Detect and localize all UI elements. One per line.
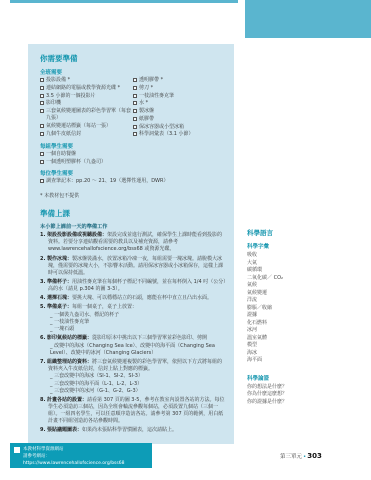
- step-number: 1.: [40, 232, 45, 238]
- checklist-item: 科學詞彙表（3.1 小節）: [133, 131, 226, 138]
- prep-step: 7. 組織整理站的資料：將三套氣候變遷複製的彩色學習單，依照以下方式將每組的資料…: [40, 359, 226, 395]
- vocab-term: 吸收: [247, 252, 361, 260]
- checklist-item: 保冰容器或小型冰箱: [133, 124, 226, 131]
- vocab-heading: 科學字彙: [247, 242, 361, 250]
- checklist-item: 氣候變遷站標籤（每站一張）: [40, 123, 133, 130]
- prep-step: 9. 張貼議題圖表：如果尚未張貼科學習慣圖表，這次請貼上。: [40, 427, 226, 434]
- footer-publisher-box: 本教材科學資源網站 請參考網站：https://www.lawrencehall…: [10, 443, 152, 468]
- step-number: 3.: [40, 279, 45, 285]
- vocab-term: 化石燃料: [247, 320, 361, 328]
- step-text: 製冰盤裝滿水，放置冰箱冷凍一夜，每組需要一塊冰塊。請脫模大冰塊，僅需要的冰塊大小…: [48, 256, 223, 276]
- page-number: 303: [307, 452, 322, 460]
- step-lead-in: 準備桌子：: [47, 304, 72, 310]
- checklist-item: 透明膠帶 *: [133, 77, 226, 84]
- step-subitem: _ 一枝油性麥克筆: [50, 319, 226, 326]
- step-lead-in: 計畫各站的設置：: [47, 397, 87, 403]
- getting-ready-title: 準備上課: [40, 208, 226, 219]
- checklist-item: 投影設備 *: [40, 77, 133, 84]
- inquiry-question: 你為什麼這麼想？: [247, 391, 361, 399]
- class-needs-col1: 投影設備 * 連結網路的電腦或教學資源光碟 * 3.5 小節的一個投影片 影印機: [40, 77, 133, 139]
- checklist-item-label: 調查筆記本：pp.20 ～ 21、19（選擇性運用，DWR）: [46, 178, 168, 185]
- checkbox-icon: [133, 78, 137, 82]
- checklist-item-label: 一個自助餐盤: [46, 151, 76, 158]
- class-needs-columns: 投影設備 * 連結網路的電腦或教學資源光碟 * 3.5 小節的一個投影片 影印機: [40, 77, 226, 139]
- prep-step: 8. 計畫各站的設置：請看第 307 頁的圖 3-5，參考在教室內設置各站的方法…: [40, 397, 226, 425]
- footer-line1: 本教材科學資源網站: [23, 446, 148, 453]
- step-text: 從影印原本中挑出以下三個學習單並彩色影印、剪開: [92, 335, 207, 341]
- vocab-term: 氣候變遷: [247, 290, 361, 298]
- vocab-term: 海冰: [247, 350, 361, 358]
- checkbox-icon: [40, 132, 44, 136]
- checklist-item-label: 紙膠帶: [139, 116, 154, 123]
- vocab-term: 大氣: [247, 260, 361, 268]
- checkbox-icon: [40, 109, 44, 113]
- inquiry-questions: 你的想法是什麼？ 你為什麼這麼想？ 你的證據是什麼？: [247, 384, 361, 407]
- inquiry-block: 科學論證 你的想法是什麼？ 你為什麼這麼想？ 你的證據是什麼？: [247, 374, 361, 407]
- prep-step: 2. 製作冰塊：製冰盤裝滿水，放置冰箱冷凍一夜，每組需要一塊冰塊。請脫模大冰塊，…: [40, 256, 226, 277]
- checkbox-icon: [133, 94, 137, 98]
- checklist-item: 調查筆記本：pp.20 ～ 21、19（選擇性運用，DWR）: [40, 178, 226, 185]
- student-needs-list: 調查筆記本：pp.20 ～ 21、19（選擇性運用，DWR）: [40, 178, 226, 185]
- footer-line2: 請參考網站：https://www.lawrencehallofscience.…: [23, 453, 148, 467]
- getting-ready-intro: 本小節上課前一天的準備工作: [40, 223, 226, 230]
- checkbox-icon: [40, 124, 44, 128]
- step-lead-in: 選擇石塊：: [47, 295, 72, 301]
- checkbox-icon: [40, 152, 44, 156]
- class-needs-col2: 透明膠帶 * 剪刀 * 一枝油性麥克筆 水 *: [133, 77, 226, 139]
- step-subitem: _ 三套改變中的海平面（L-1、L-2、L-3）: [50, 381, 226, 388]
- step-lead-in: 準備杯子：: [47, 279, 72, 285]
- inquiry-question: 你的證據是什麼？: [247, 399, 361, 407]
- checklist-item-label: 水 *: [139, 100, 148, 107]
- inquiry-question: 你的想法是什麼？: [247, 384, 361, 392]
- step-subitem: _ 一塊石頭: [50, 326, 226, 333]
- unit-label: 第三單元: [280, 454, 302, 460]
- step-number: 5.: [40, 304, 45, 310]
- checkbox-icon: [40, 86, 44, 90]
- vocab-term: 碳循環: [247, 267, 361, 275]
- step-lead-in: 架設投影設備或視聽設備：: [47, 232, 107, 238]
- getting-ready-steps: 1. 架設投影設備或視聽設備：架設完成並進行測試，確保學生上課時能看到投影的資料…: [40, 232, 226, 434]
- checklist-item: 一枝油性麥克筆: [133, 93, 226, 100]
- kit-footnote: * 本教材包不提供: [40, 192, 226, 199]
- checklist-item: 連結網路的電腦或教學資源光碟 *: [40, 85, 133, 92]
- step-lead-in: 組織整理站的資料：: [47, 359, 92, 365]
- checklist-item: 水 *: [133, 100, 226, 107]
- checklist-item: 影印機: [40, 100, 133, 107]
- step-number: 7.: [40, 359, 45, 365]
- checklist-item-label: 九個牛皮紙信封: [46, 131, 81, 138]
- step-text: 如果尚未張貼科學習慣圖表，這次請貼上。: [82, 427, 177, 433]
- vocab-term: 溫室氣體: [247, 335, 361, 343]
- group-needs-heading: 每組學生需要: [40, 142, 226, 150]
- checkbox-icon: [40, 160, 44, 164]
- checkbox-icon: [133, 101, 137, 105]
- step-text: 要挑大塊、可以穩穩站立的石頭，應能在杯中直立且凸出水面。: [72, 295, 212, 301]
- prep-step: 5. 準備桌子：每組一個桌子，桌子上放置： _ 一個裝九盎司水、標記的杯子 _ …: [40, 304, 226, 333]
- page-footer-info: 第三單元•303: [280, 452, 322, 460]
- checklist-item-label: 保冰容器或小型冰箱: [139, 124, 184, 131]
- checklist-item-label: 三套氣候變遷圖表的彩色學習單（每套九張）: [46, 108, 133, 123]
- checklist-item: 一個自助餐盤: [40, 151, 226, 158]
- prep-step: 1. 架設投影設備或視聽設備：架設完成並進行測試，確保學生上課時能看到投影的資料…: [40, 232, 226, 253]
- needs-panel: 你需要準備 全班需要 投影設備 * 連結網路的電腦或教學資源光碟 * 3.5 小…: [28, 44, 234, 444]
- step-subitem: _ 三套改變中的海冰（SI-1、SI-2、SI-3）: [50, 373, 226, 380]
- prep-step: 6. 影印氣候站的標籤：從影印原本中挑出以下三個學習單並彩色影印、剪開 _ 改變…: [40, 335, 226, 357]
- vocab-term: 氣候: [247, 282, 361, 290]
- vocab-term: 二氧化碳／ CO₂: [247, 275, 361, 283]
- footer-text: 本教材科學資源網站 請參考網站：https://www.lawrencehall…: [23, 446, 148, 465]
- step-subitem: _ 一個裝九盎司水、標記的杯子: [50, 312, 226, 319]
- checkbox-icon: [133, 117, 137, 121]
- step-number: 8.: [40, 397, 45, 403]
- vocab-term: 冰河: [247, 327, 361, 335]
- checklist-item-label: 投影設備 *: [46, 77, 70, 84]
- checklist-item-label: 剪刀 *: [139, 85, 153, 92]
- step-subitems: _ 改變中的海冰（Changing Sea Ice）、改變中的海平面（Chang…: [48, 343, 226, 357]
- step-text: 用油性麥克筆在每個杯子標記不同編號，並在每杯倒入 1/4 吋（公分）高的水（請見…: [48, 279, 226, 292]
- vocab-list: 吸收 大氣 碳循環 二氧化碳／ CO₂ 氣候 氣候變遷 洋流 膨脹／收縮 證據 …: [247, 252, 361, 365]
- class-needs-heading: 全班需要: [40, 68, 226, 76]
- checklist-item: 三套氣候變遷圖表的彩色學習單（每套九張）: [40, 108, 133, 123]
- vocab-term: 膨脹／收縮: [247, 305, 361, 313]
- checkbox-icon: [133, 109, 137, 113]
- checkbox-icon: [133, 132, 137, 136]
- checklist-item-label: 一枝油性麥克筆: [139, 93, 174, 100]
- checklist-item-label: 3.5 小節的一個投影片: [46, 93, 96, 100]
- step-number: 2.: [40, 256, 45, 262]
- checkbox-icon: [133, 86, 137, 90]
- vocab-term: 模型: [247, 342, 361, 350]
- student-needs-heading: 每位學生需要: [40, 169, 226, 177]
- checklist-item-label: 透明膠帶 *: [139, 77, 163, 84]
- checklist-item: 3.5 小節的一個投影片: [40, 93, 133, 100]
- step-lead-in: 影印氣候站的標籤：: [47, 335, 92, 341]
- step-subitems: _ 三套改變中的海冰（SI-1、SI-2、SI-3） _ 三套改變中的海平面（L…: [48, 373, 226, 394]
- sidebar-title: 科學語言: [247, 228, 361, 237]
- step-number: 4.: [40, 295, 45, 301]
- checklist-item-label: 氣候變遷站標籤（每站一張）: [46, 123, 111, 130]
- prep-step: 4. 選擇石塊：要挑大塊、可以穩穩站立的石頭，應能在杯中直立且凸出水面。: [40, 295, 226, 302]
- step-subitem: _ 三套改變中的冰河（G-1、G-2、G-3）: [50, 388, 226, 395]
- step-lead-in: 張貼議題圖表：: [47, 427, 82, 433]
- checkbox-icon: [40, 94, 44, 98]
- footer-separator: •: [303, 454, 306, 460]
- checklist-item: 一個透明塑膠杯（九盎司）: [40, 159, 226, 166]
- step-number: 9.: [40, 427, 45, 433]
- prep-step: 3. 準備杯子：用油性麥克筆在每個杯子標記不同編號，並在每杯倒入 1/4 吋（公…: [40, 279, 226, 293]
- inquiry-heading: 科學論證: [247, 374, 361, 382]
- checkbox-icon: [40, 179, 44, 183]
- top-rule: [10, 0, 238, 3]
- header-color-band: [245, 0, 371, 38]
- checklist-item: 九個牛皮紙信封: [40, 131, 133, 138]
- step-lead-in: 製作冰塊：: [47, 256, 72, 262]
- checklist-item-label: 連結網路的電腦或教學資源光碟 *: [46, 85, 120, 92]
- checklist-item: 紙膠帶: [133, 116, 226, 123]
- checklist-item-label: 製冰盤: [139, 108, 154, 115]
- vocab-term: 海平面: [247, 357, 361, 365]
- step-subitems: _ 一個裝九盎司水、標記的杯子 _ 一枝油性麥克筆 _ 一塊石頭: [48, 312, 226, 333]
- checklist-item-label: 一個透明塑膠杯（九盎司）: [46, 159, 106, 166]
- group-needs-list: 一個自助餐盤 一個透明塑膠杯（九盎司）: [40, 151, 226, 166]
- step-text: 每組一個桌子，桌子上放置：: [72, 304, 137, 310]
- checkbox-icon: [40, 101, 44, 105]
- step-number: 6.: [40, 335, 45, 341]
- step-subitem: _ 改變中的海冰（Changing Sea Ice）、改變中的海平面（Chang…: [50, 343, 226, 357]
- needs-title: 你需要準備: [40, 53, 226, 64]
- checkbox-icon: [133, 125, 137, 129]
- vocab-term: 證據: [247, 312, 361, 320]
- checklist-item-label: 科學詞彙表（3.1 小節）: [139, 131, 194, 138]
- vocab-term: 洋流: [247, 297, 361, 305]
- checklist-item: 剪刀 *: [133, 85, 226, 92]
- publisher-logo-icon: [14, 447, 20, 453]
- checkbox-icon: [40, 78, 44, 82]
- checklist-item-label: 影印機: [46, 100, 61, 107]
- checklist-item: 製冰盤: [133, 108, 226, 115]
- science-language-sidebar: 科學語言 科學字彙 吸收 大氣 碳循環 二氧化碳／ CO₂ 氣候 氣候變遷 洋流…: [247, 228, 361, 406]
